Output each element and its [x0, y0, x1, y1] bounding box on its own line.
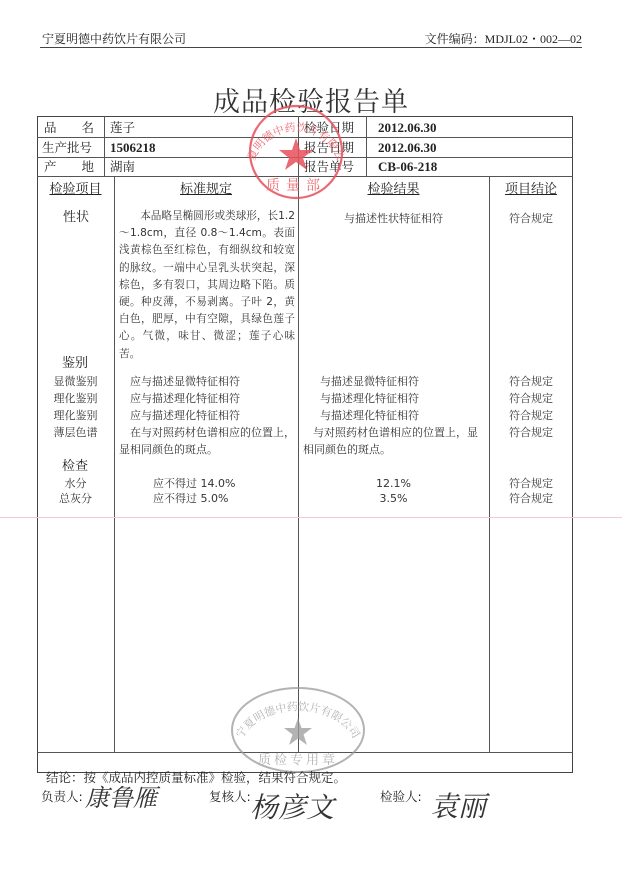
col-divider: [489, 176, 490, 752]
check-item: 总灰分: [37, 490, 114, 507]
col-divider: [114, 176, 115, 752]
identification-item: 显微鉴别: [37, 373, 114, 390]
product-name-value: 莲子: [110, 119, 135, 137]
report-no-value: CB-06-218: [378, 158, 437, 176]
batch-label: 生产批号: [42, 139, 92, 157]
identification-item: 薄层色谱: [37, 424, 114, 441]
identification-conclusion: 符合规定: [489, 407, 573, 424]
scan-artifact-line: [0, 517, 622, 518]
column-header-item: 检验项目: [37, 178, 114, 197]
identification-result-cont: 相同颜色的斑点。: [303, 441, 391, 458]
responsible-label: 负责人:: [41, 787, 83, 805]
identification-standard-cont: 显相同颜色的斑点。: [119, 441, 218, 458]
identification-conclusion: 符合规定: [489, 373, 573, 390]
col-divider: [366, 116, 367, 176]
identification-standard: 应与描述理化特征相符: [130, 407, 240, 424]
reviewer-signature: 杨彦文: [250, 786, 334, 826]
company-name: 宁夏明德中药饮片有限公司: [42, 30, 186, 47]
origin-label: 产 地: [44, 158, 94, 176]
identification-standard: 在与对照药材色谱相应的位置上，: [130, 424, 295, 441]
check-standard: 应不得过 5.0%: [153, 490, 228, 507]
document-code: 文件编码：MDJL02・002—02: [425, 30, 582, 47]
gray-stamp-label: 质检专用章: [258, 752, 338, 768]
identification-standard: 应与描述理化特征相符: [130, 390, 240, 407]
column-header-conclusion: 项目结论: [489, 178, 573, 197]
stamp-dept-text: 质量部: [266, 178, 326, 194]
check-conclusion: 符合规定: [489, 490, 573, 507]
qc-stamp: 宁夏明德中药饮片有限公司 质检专用章: [228, 680, 368, 775]
product-name-label: 品 名: [44, 119, 94, 137]
identification-conclusion: 符合规定: [489, 390, 573, 407]
traits-standard: 本品略呈椭圆形或类球形，长1.2～1.8cm，直径 0.8～1.4cm。表面浅黄…: [119, 208, 295, 363]
inspector-label: 检验人:: [380, 787, 422, 805]
star-icon: [279, 138, 313, 170]
identification-result: 与描述理化特征相符: [320, 407, 419, 424]
batch-value: 1506218: [110, 139, 156, 157]
traits-item: 性状: [63, 209, 89, 227]
report-date-value: 2012.06.30: [378, 139, 437, 157]
identification-item: 理化鉴别: [37, 390, 114, 407]
traits-result: 与描述性状特征相符: [298, 210, 489, 227]
identification-section: 鉴别: [62, 355, 88, 373]
inspector-signature: 袁丽: [430, 785, 486, 825]
traits-conclusion: 符合规定: [489, 210, 573, 227]
identification-result: 与描述显微特征相符: [320, 373, 419, 390]
inspect-date-value: 2012.06.30: [378, 119, 437, 137]
reviewer-label: 复核人:: [209, 787, 251, 805]
col-divider: [298, 176, 299, 752]
responsible-signature: 康鲁雁: [85, 778, 157, 813]
identification-result: 与描述理化特征相符: [320, 390, 419, 407]
star-icon: [284, 718, 312, 745]
identification-conclusion: 符合规定: [489, 424, 573, 441]
identification-item: 理化鉴别: [37, 407, 114, 424]
identification-standard: 应与描述显微特征相符: [130, 373, 240, 390]
col-divider: [104, 116, 105, 176]
checks-section: 检查: [62, 458, 88, 476]
origin-value: 湖南: [110, 158, 135, 176]
check-result: 3.5%: [298, 490, 489, 507]
identification-result: 与对照药材色谱相应的位置上，显: [313, 424, 478, 441]
quality-dept-stamp: 宁夏明德中药饮片有限公司 质量部: [232, 100, 360, 200]
header-rule: [40, 47, 582, 48]
